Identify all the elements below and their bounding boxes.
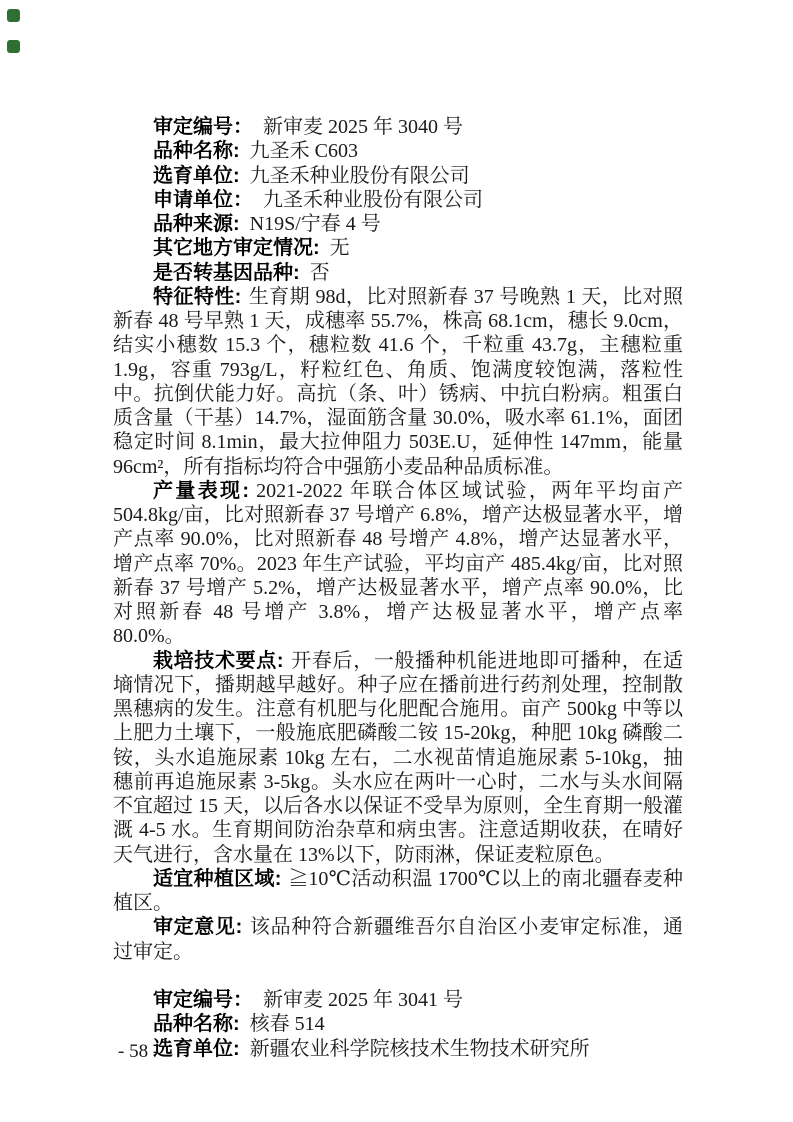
section-label: 产量表现: bbox=[153, 480, 249, 502]
field-value: 九圣禾种业股份有限公司 bbox=[263, 189, 483, 211]
field-other-certifications: 其它地方审定情况:无 bbox=[113, 236, 683, 260]
green-square-icon bbox=[7, 40, 20, 53]
field-label: 选育单位: bbox=[153, 1038, 240, 1060]
field-value: 九圣禾种业股份有限公司 bbox=[250, 165, 470, 187]
field-certification-no: 审定编号：新审麦 2025 年 3041 号 bbox=[113, 988, 683, 1012]
field-gmo-status: 是否转基因品种:否 bbox=[113, 261, 683, 285]
para-characteristics: 特征特性:生育期 98d，比对照新春 37 号晚熟 1 天，比对照新春 48 号… bbox=[113, 285, 683, 479]
section-label: 适宜种植区域: bbox=[153, 868, 281, 890]
field-breeding-unit: 选育单位:新疆农业科学院核技术生物技术研究所 bbox=[113, 1037, 683, 1061]
section-text: 生育期 98d，比对照新春 37 号晚熟 1 天，比对照新春 48 号早熟 1 … bbox=[113, 286, 683, 478]
field-variety-origin: 品种来源:N19S/宁春 4 号 bbox=[113, 212, 683, 236]
field-label: 品种来源: bbox=[153, 213, 240, 235]
field-label: 品种名称: bbox=[153, 1013, 240, 1035]
field-value: 九圣禾 C603 bbox=[250, 140, 358, 162]
field-label: 其它地方审定情况: bbox=[153, 237, 320, 259]
field-value: N19S/宁春 4 号 bbox=[250, 213, 381, 235]
document-content: 审定编号：新审麦 2025 年 3040 号 品种名称:九圣禾 C603 选育单… bbox=[113, 115, 683, 1061]
field-label: 是否转基因品种: bbox=[153, 262, 300, 284]
para-suitable-region: 适宜种植区域:≧10℃活动积温 1700℃以上的南北疆春麦种植区。 bbox=[113, 867, 683, 916]
para-yield-performance: 产量表现:2021-2022 年联合体区域试验，两年平均亩产 504.8kg/亩… bbox=[113, 479, 683, 649]
field-certification-no: 审定编号：新审麦 2025 年 3040 号 bbox=[113, 115, 683, 139]
field-variety-name: 品种名称:九圣禾 C603 bbox=[113, 139, 683, 163]
field-label: 审定编号： bbox=[153, 116, 253, 138]
para-certification-opinion: 审定意见:该品种符合新疆维吾尔自治区小麦审定标准，通过审定。 bbox=[113, 915, 683, 964]
blank-line bbox=[113, 964, 683, 988]
field-value: 新审麦 2025 年 3041 号 bbox=[263, 989, 463, 1011]
green-square-icon bbox=[7, 9, 20, 22]
para-cultivation-techniques: 栽培技术要点:开春后，一般播种机能进地即可播种，在适墒情况下，播期越早越好。种子… bbox=[113, 649, 683, 867]
field-value: 核春 514 bbox=[250, 1013, 325, 1035]
document-page: 审定编号：新审麦 2025 年 3040 号 品种名称:九圣禾 C603 选育单… bbox=[0, 0, 793, 1122]
field-label: 选育单位: bbox=[153, 165, 240, 187]
section-text: 2021-2022 年联合体区域试验，两年平均亩产 504.8kg/亩，比对照新… bbox=[113, 480, 683, 648]
field-label: 审定编号： bbox=[153, 989, 253, 1011]
field-value: 新疆农业科学院核技术生物技术研究所 bbox=[250, 1038, 590, 1060]
field-value: 无 bbox=[330, 237, 350, 259]
field-value: 新审麦 2025 年 3040 号 bbox=[263, 116, 463, 138]
section-text: 开春后，一般播种机能进地即可播种，在适墒情况下，播期越早越好。种子应在播前进行药… bbox=[113, 650, 683, 866]
field-label: 品种名称: bbox=[153, 140, 240, 162]
section-label: 审定意见: bbox=[153, 916, 242, 938]
section-label: 栽培技术要点: bbox=[153, 650, 284, 672]
section-label: 特征特性: bbox=[153, 286, 241, 308]
field-breeding-unit: 选育单位:九圣禾种业股份有限公司 bbox=[113, 164, 683, 188]
field-label: 申请单位： bbox=[153, 189, 253, 211]
page-number: - 58 - bbox=[118, 1041, 159, 1063]
field-value: 否 bbox=[310, 262, 330, 284]
field-applicant-unit: 申请单位：九圣禾种业股份有限公司 bbox=[113, 188, 683, 212]
field-variety-name: 品种名称:核春 514 bbox=[113, 1012, 683, 1036]
